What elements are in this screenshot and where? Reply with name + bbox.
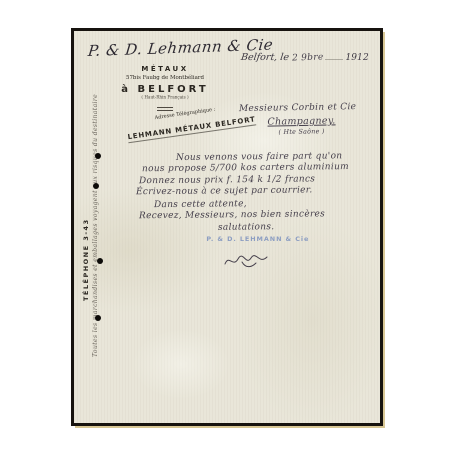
company-stamp: P. & D. LEHMANN & Cie — [206, 235, 307, 242]
dateline: Belfort, le 2 9bre 19 12 — [241, 52, 369, 63]
city-note: ( Haut-Rhin Français ) — [119, 95, 212, 100]
dateline-fill-line — [325, 59, 343, 60]
punch-hole — [97, 258, 103, 264]
margin-disclaimer-vertical: Toutes les marchandises et emballages vo… — [92, 147, 99, 357]
punch-hole — [95, 315, 101, 321]
recipient-block: Messieurs Corbin et Cie Champagney. ( Ht… — [239, 103, 364, 137]
dateline-year-handwritten: 12 — [357, 53, 369, 63]
punch-hole — [93, 183, 99, 189]
letter-body: Nous venons vous faire part qu'on nous p… — [132, 152, 374, 233]
company-name-script: P. & D. Lehmann & Cie — [87, 36, 261, 60]
trade-label: MÉTAUX — [76, 65, 254, 73]
dateline-year-printed: 19 — [345, 53, 356, 63]
street-address: 57bis Faubg de Montbéliard — [104, 74, 225, 80]
dateline-day-handwritten: 2 9bre — [292, 52, 324, 63]
city-label: à BELFORT — [76, 84, 254, 95]
telephone-vertical-label: TÉLÉPHONE 3-43 — [82, 207, 90, 301]
punch-hole — [95, 153, 101, 159]
recipient-department: ( Hte Saône ) — [252, 127, 352, 136]
dateline-prefix: Belfort, le — [240, 52, 289, 63]
letter-photo: P. & D. Lehmann & Cie MÉTAUX 57bis Faubg… — [71, 28, 383, 426]
body-line: salutations. — [218, 221, 374, 234]
page-background: P. & D. Lehmann & Cie MÉTAUX 57bis Faubg… — [0, 0, 458, 458]
telegraph-address: LEHMANN MÉTAUX BELFORT — [127, 115, 256, 143]
signature-icon — [222, 250, 270, 272]
recipient-town: Champagney. — [239, 115, 364, 128]
body-line: Écrivez-nous à ce sujet par courrier. — [136, 185, 374, 199]
recipient-name: Messieurs Corbin et Cie — [239, 102, 364, 114]
